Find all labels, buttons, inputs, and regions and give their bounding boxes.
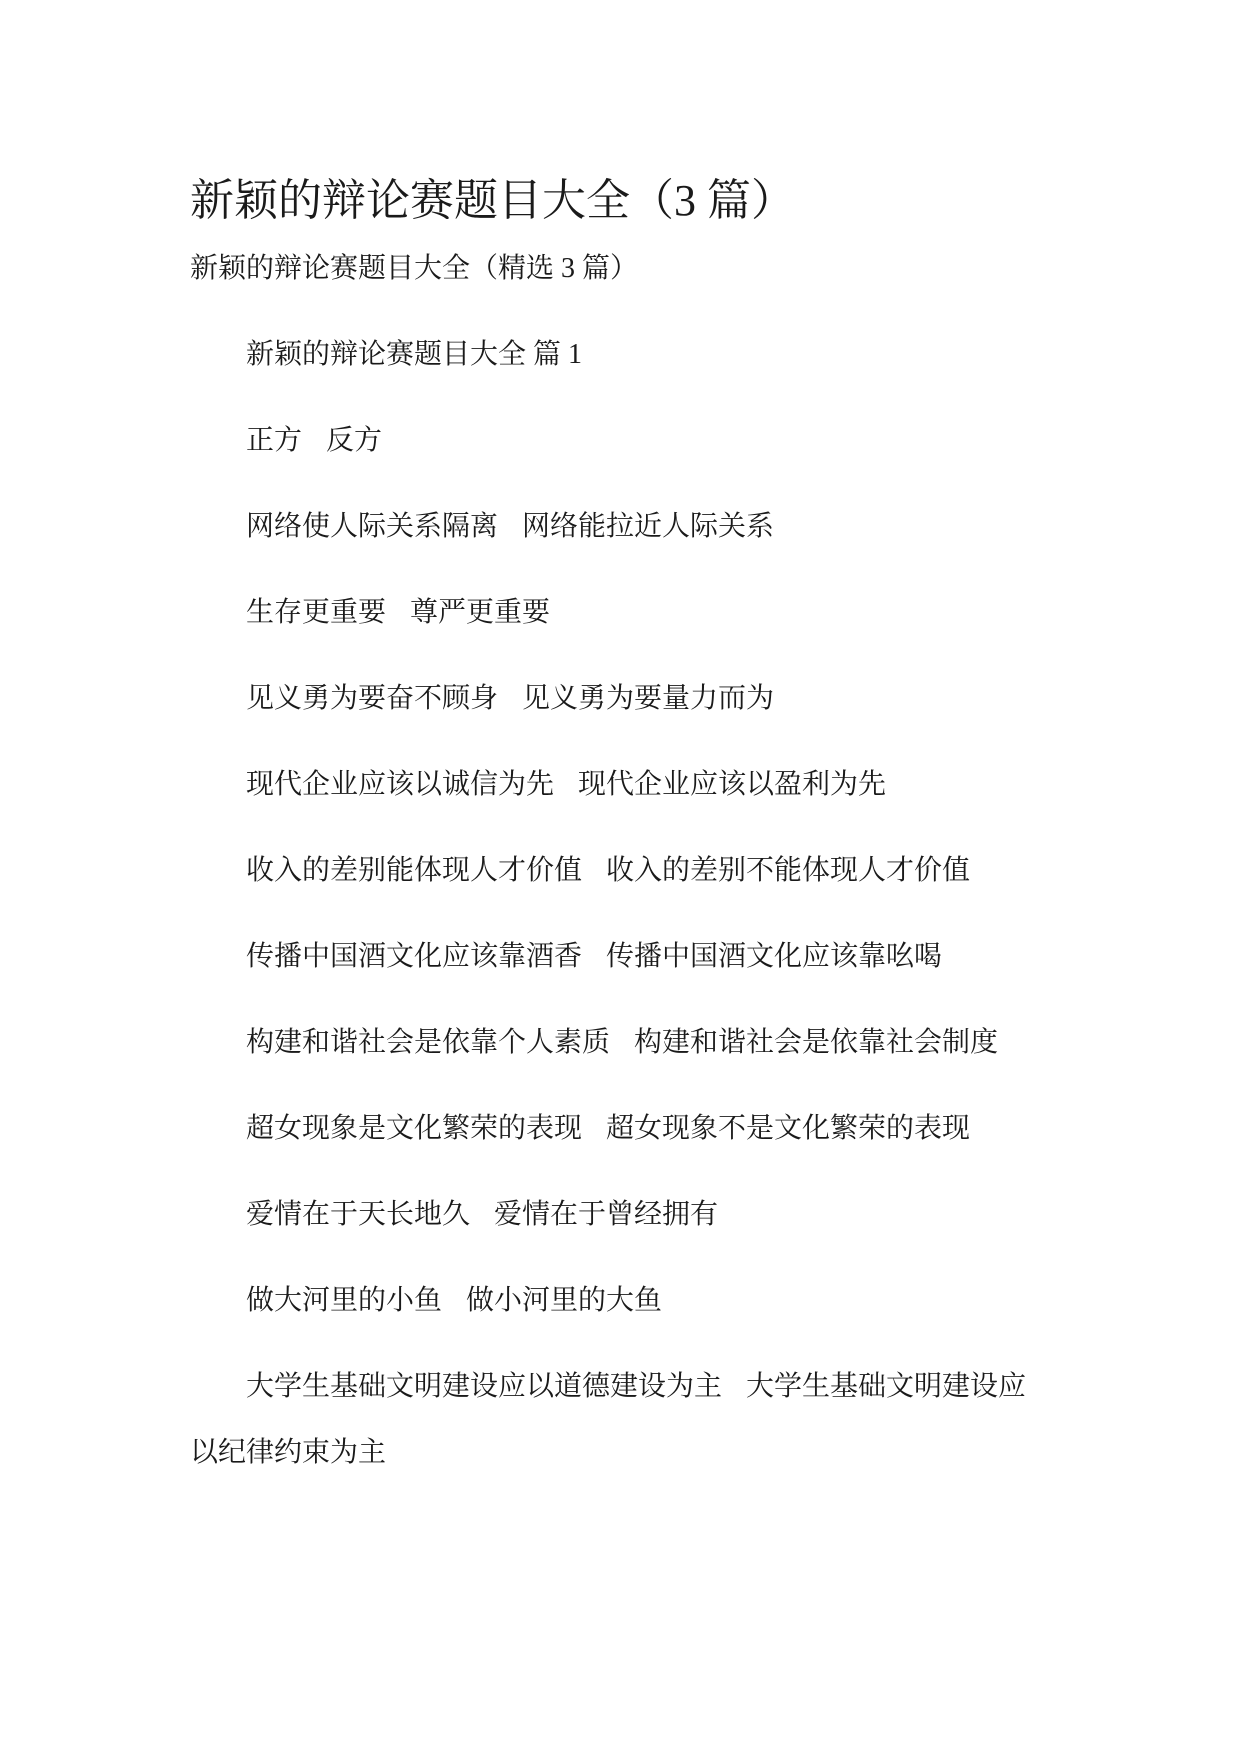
- topic-row: 传播中国酒文化应该靠酒香传播中国酒文化应该靠吆喝: [190, 924, 1050, 990]
- topic-pro-text: 超女现象是文化繁荣的表现: [246, 1113, 582, 1144]
- topic-pro-text: 生存更重要: [246, 597, 386, 628]
- topic-row: 网络使人际关系隔离网络能拉近人际关系: [190, 494, 1050, 560]
- topic-row: 做大河里的小鱼做小河里的大鱼: [190, 1268, 1050, 1334]
- topic-con-text: 爱情在于曾经拥有: [494, 1199, 718, 1230]
- topic-con-text: 构建和谐社会是依靠社会制度: [634, 1027, 998, 1058]
- topic-row: 现代企业应该以诚信为先现代企业应该以盈利为先: [190, 752, 1050, 818]
- topic-con-text: 收入的差别不能体现人才价值: [606, 855, 970, 886]
- topic-pro-text: 做大河里的小鱼: [246, 1285, 442, 1316]
- topic-con-text: 见义勇为要量力而为: [522, 683, 774, 714]
- topic-row: 收入的差别能体现人才价值收入的差别不能体现人才价值: [190, 838, 1050, 904]
- topic-pro-text: 传播中国酒文化应该靠酒香: [246, 941, 582, 972]
- section-heading: 新颖的辩论赛题目大全 篇 1: [190, 322, 1050, 388]
- topic-row: 见义勇为要奋不顾身见义勇为要量力而为: [190, 666, 1050, 732]
- topic-pro-text: 网络使人际关系隔离: [246, 511, 498, 542]
- topic-con-text: 做小河里的大鱼: [466, 1285, 662, 1316]
- column-header-row: 正方反方: [190, 408, 1050, 474]
- topic-pro-text: 大学生基础文明建设应以道德建设为主: [246, 1371, 722, 1402]
- topic-pro-text: 爱情在于天长地久: [246, 1199, 470, 1230]
- topic-pro-text: 收入的差别能体现人才价值: [246, 855, 582, 886]
- topic-con-text: 超女现象不是文化繁荣的表现: [606, 1113, 970, 1144]
- document-page: 新颖的辩论赛题目大全（3 篇） 新颖的辩论赛题目大全（精选 3 篇） 新颖的辩论…: [0, 0, 1240, 1753]
- document-subtitle: 新颖的辩论赛题目大全（精选 3 篇）: [190, 236, 1050, 302]
- topic-row: 构建和谐社会是依靠个人素质构建和谐社会是依靠社会制度: [190, 1010, 1050, 1076]
- topic-row: 生存更重要尊严更重要: [190, 580, 1050, 646]
- topic-row: 大学生基础文明建设应以道德建设为主大学生基础文明建设应以纪律约束为主: [190, 1354, 1050, 1486]
- column-header-pro: 正方: [246, 425, 302, 456]
- topic-con-text: 传播中国酒文化应该靠吆喝: [606, 941, 942, 972]
- topic-list: 网络使人际关系隔离网络能拉近人际关系 生存更重要尊严更重要 见义勇为要奋不顾身见…: [190, 494, 1050, 1486]
- topic-pro-text: 见义勇为要奋不顾身: [246, 683, 498, 714]
- topic-pro-text: 构建和谐社会是依靠个人素质: [246, 1027, 610, 1058]
- topic-con-text: 现代企业应该以盈利为先: [578, 769, 886, 800]
- topic-row: 爱情在于天长地久爱情在于曾经拥有: [190, 1182, 1050, 1248]
- column-header-con: 反方: [326, 425, 382, 456]
- topic-con-text: 网络能拉近人际关系: [522, 511, 774, 542]
- topic-row: 超女现象是文化繁荣的表现超女现象不是文化繁荣的表现: [190, 1096, 1050, 1162]
- topic-pro-text: 现代企业应该以诚信为先: [246, 769, 554, 800]
- document-title: 新颖的辩论赛题目大全（3 篇）: [190, 170, 1050, 232]
- topic-con-text: 尊严更重要: [410, 597, 550, 628]
